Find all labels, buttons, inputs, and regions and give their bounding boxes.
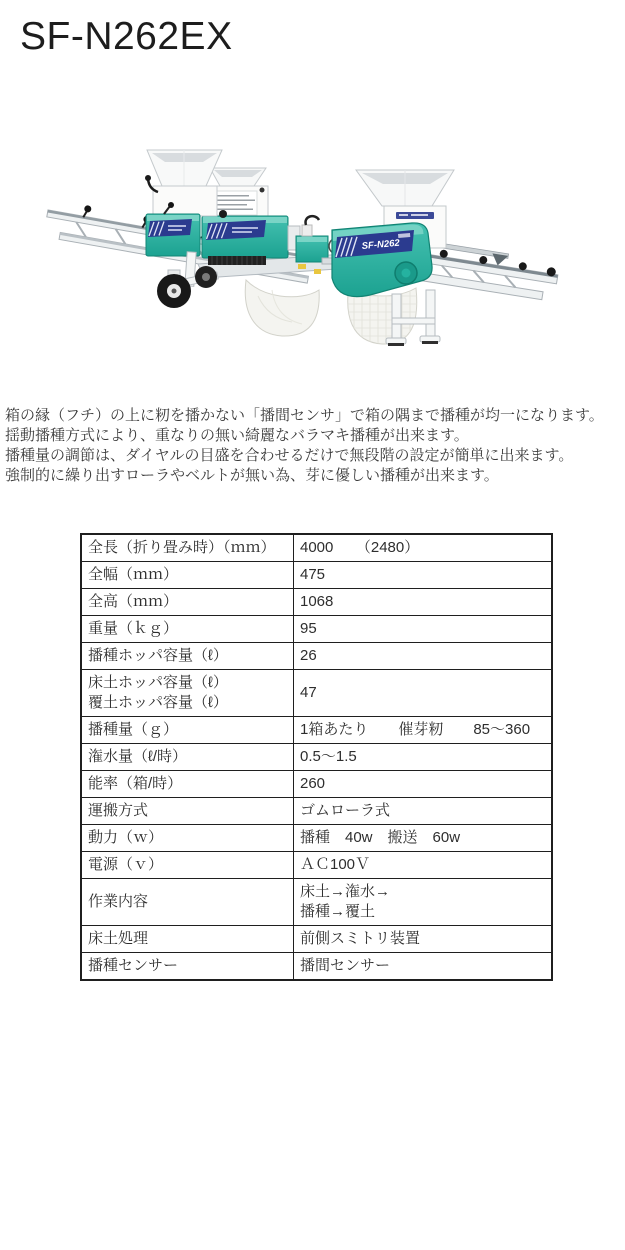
table-row: 播種量（ｇ）1箱あたり 催芽籾 85～360	[81, 717, 552, 744]
table-row: 播種センサー播間センサー	[81, 953, 552, 981]
spec-value: 260	[294, 771, 553, 798]
table-row: 動力（ｗ）播種 40w 搬送 60w	[81, 825, 552, 852]
table-row: 全幅（ｍｍ）475	[81, 562, 552, 589]
description-line: 強制的に繰り出すローラやベルトが無い為、芽に優しい播種が出来ます。	[5, 466, 625, 486]
spec-value: 1箱あたり 催芽籾 85～360	[294, 717, 553, 744]
table-row: 全長（折り畳み時）（ｍｍ）4000 （2480）	[81, 534, 552, 562]
spec-label: 運搬方式	[81, 798, 294, 825]
product-photo-svg: SF-N262	[40, 130, 600, 350]
spec-label: 潅水量（ℓ/時）	[81, 744, 294, 771]
table-row: 全高（ｍｍ）1068	[81, 589, 552, 616]
mesh-bag-left	[245, 280, 319, 336]
product-image: SF-N262	[40, 130, 600, 350]
table-row: 電源（ｖ）ＡＣ100Ｖ	[81, 852, 552, 879]
seeder-box-middle	[202, 210, 300, 265]
table-row: 潅水量（ℓ/時）0.5～1.5	[81, 744, 552, 771]
table-row: 重量（ｋｇ）95	[81, 616, 552, 643]
spec-label: 能率（箱/時）	[81, 771, 294, 798]
spec-label: 重量（ｋｇ）	[81, 616, 294, 643]
table-row: 播種ホッパ容量（ℓ）26	[81, 643, 552, 670]
description-line: 箱の縁（フチ）の上に籾を播かない「播間センサ」で箱の隅まで播種が均一になります。	[5, 406, 625, 426]
spec-value: 播種 40w 搬送 60w	[294, 825, 553, 852]
description-line: 播種量の調節は、ダイヤルの目盛を合わせるだけで無段階の設定が簡単に出来ます。	[5, 446, 625, 466]
spec-label: 動力（ｗ）	[81, 825, 294, 852]
spec-label: 播種量（ｇ）	[81, 717, 294, 744]
description-line: 揺動播種方式により、重なりの無い綺麗なバラマキ播種が出来ます。	[5, 426, 625, 446]
spec-label: 播種センサー	[81, 953, 294, 981]
spec-label: 全長（折り畳み時）（ｍｍ）	[81, 534, 294, 562]
brand-logo	[396, 212, 434, 219]
spec-value: ゴムローラ式	[294, 798, 553, 825]
spec-value: 95	[294, 616, 553, 643]
table-row: 床土ホッパ容量（ℓ） 覆土ホッパ容量（ℓ）47	[81, 670, 552, 717]
wheel-large	[157, 274, 191, 308]
spec-label: 全幅（ｍｍ）	[81, 562, 294, 589]
spec-label: 作業内容	[81, 879, 294, 926]
spec-value: 26	[294, 643, 553, 670]
page-title: SF-N262EX	[20, 14, 625, 59]
spec-value: 4000 （2480）	[294, 534, 553, 562]
spec-label: 床土処理	[81, 926, 294, 953]
spec-value: ＡＣ100Ｖ	[294, 852, 553, 879]
spec-label: 床土ホッパ容量（ℓ） 覆土ホッパ容量（ℓ）	[81, 670, 294, 717]
spec-value: 床土→潅水→ 播種→覆土	[294, 879, 553, 926]
spec-value: 播間センサー	[294, 953, 553, 981]
spec-value: 475	[294, 562, 553, 589]
spec-value: 47	[294, 670, 553, 717]
table-row: 作業内容床土→潅水→ 播種→覆土	[81, 879, 552, 926]
seeder-main-body: SF-N262	[332, 223, 432, 297]
table-row: 能率（箱/時）260	[81, 771, 552, 798]
product-description: 箱の縁（フチ）の上に籾を播かない「播間センサ」で箱の隅まで播種が均一になります。…	[5, 406, 625, 486]
spec-value: 1068	[294, 589, 553, 616]
spec-label: 電源（ｖ）	[81, 852, 294, 879]
spec-value: 0.5～1.5	[294, 744, 553, 771]
table-row: 運搬方式ゴムローラ式	[81, 798, 552, 825]
hopper-left	[145, 150, 222, 216]
spec-value: 前側スミトリ装置	[294, 926, 553, 953]
wheel-small	[195, 266, 217, 288]
spec-label: 全高（ｍｍ）	[81, 589, 294, 616]
table-row: 床土処理前側スミトリ装置	[81, 926, 552, 953]
spec-label: 播種ホッパ容量（ℓ）	[81, 643, 294, 670]
spec-table: 全長（折り畳み時）（ｍｍ）4000 （2480） 全幅（ｍｍ）475 全高（ｍｍ…	[80, 533, 553, 981]
